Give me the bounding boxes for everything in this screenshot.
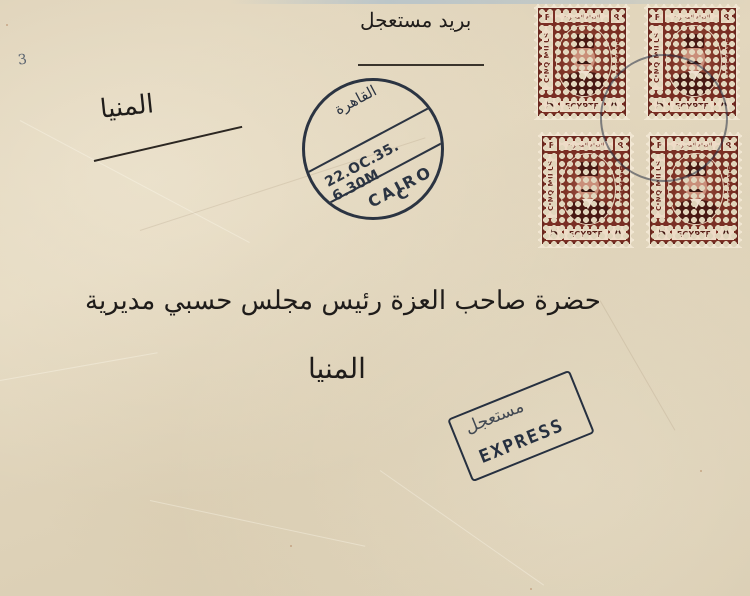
stamp-value-arabic: ٥ (606, 98, 622, 112)
handwritten-city-line: المنيا (308, 352, 366, 385)
stamp-denomination-text: CINQ MILLS (546, 154, 557, 218)
stamp-country: EGYPTE (564, 229, 608, 240)
stamp-value: 5 (654, 226, 670, 240)
paper-speck (530, 588, 532, 590)
handwritten-express-note: بريد مستعجل (360, 8, 471, 32)
stamp: F الدولة المصرية R CINQ MILLS خمسة مليما… (646, 132, 742, 248)
stamp-denomination-text: CINQ MILLS (652, 26, 663, 90)
paper-crease (150, 500, 365, 547)
paper-speck (700, 470, 702, 472)
stamp-corner-letter: R (615, 140, 626, 151)
express-cachet: مستعجل EXPRESS (447, 370, 595, 482)
stamp-denomination-arabic: خمسة مليمات (615, 154, 626, 218)
handwritten-address-line: حضرة صاحب العزة رئيس مجلس حسبي مديرية (85, 286, 601, 316)
paper-crease (20, 120, 250, 243)
stamp-header: الدولة المصرية (559, 141, 613, 150)
stamp-value-arabic: ٥ (610, 226, 626, 240)
pencil-annotation: 3 (17, 51, 28, 68)
king-portrait-icon (556, 25, 612, 97)
stamp-corner-letter: R (721, 12, 732, 23)
stamp: F الدولة المصرية R CINQ MILLS خمسة مليما… (534, 4, 630, 120)
stamp-denomination-text: CINQ MILLS (542, 26, 553, 90)
cairo-postmark: القاهرة 22.OC.35. 6.30M CAIRO C (302, 78, 444, 220)
stamp-value: 5 (542, 98, 558, 112)
stamp-corner-letter: R (611, 12, 622, 23)
stamp-block: F الدولة المصرية R CINQ MILLS خمسة مليما… (534, 4, 746, 252)
stamp: F الدولة المصرية R CINQ MILLS خمسة مليما… (538, 132, 634, 248)
stamp-denomination-text: CINQ MILLS (654, 154, 665, 218)
stamp-value-arabic: ٥ (718, 226, 734, 240)
stamp-value-arabic: ٥ (716, 98, 732, 112)
paper-crease (0, 352, 158, 381)
stamp-country: EGYPTE (560, 101, 604, 112)
stamp-denomination-arabic: خمسة مليمات (611, 26, 622, 90)
stamp-header: الدولة المصرية (667, 141, 721, 150)
king-portrait-icon (666, 25, 722, 97)
paper-crease (380, 470, 544, 586)
stamp: F الدولة المصرية R CINQ MILLS خمسة مليما… (644, 4, 740, 120)
stamp-corner-letter: F (652, 12, 663, 23)
paper-crease (600, 300, 676, 430)
postmark-arabic-city: القاهرة (331, 82, 379, 119)
stamp-corner-letter: F (546, 140, 557, 151)
stamp-value: 5 (652, 98, 668, 112)
envelope: 3 بريد مستعجل المنيا حضرة صاحب العزة رئي… (0, 0, 750, 596)
stamp-header: الدولة المصرية (665, 13, 719, 22)
stamp-denomination-arabic: خمسة مليمات (723, 154, 734, 218)
stamp-country: EGYPTE (672, 229, 716, 240)
stamp-country: EGYPTE (670, 101, 714, 112)
underline (358, 64, 484, 66)
underline (94, 126, 243, 162)
king-portrait-icon (668, 153, 724, 225)
paper-speck (290, 545, 292, 547)
stamp-corner-letter: F (542, 12, 553, 23)
stamp-header: الدولة المصرية (555, 13, 609, 22)
handwritten-destination-note: المنيا (99, 89, 156, 124)
stamp-denomination-arabic: خمسة مليمات (721, 26, 732, 90)
stamp-value: 5 (546, 226, 562, 240)
paper-speck (6, 24, 8, 26)
king-portrait-icon (560, 153, 616, 225)
stamp-corner-letter: R (723, 140, 734, 151)
stamp-corner-letter: F (654, 140, 665, 151)
